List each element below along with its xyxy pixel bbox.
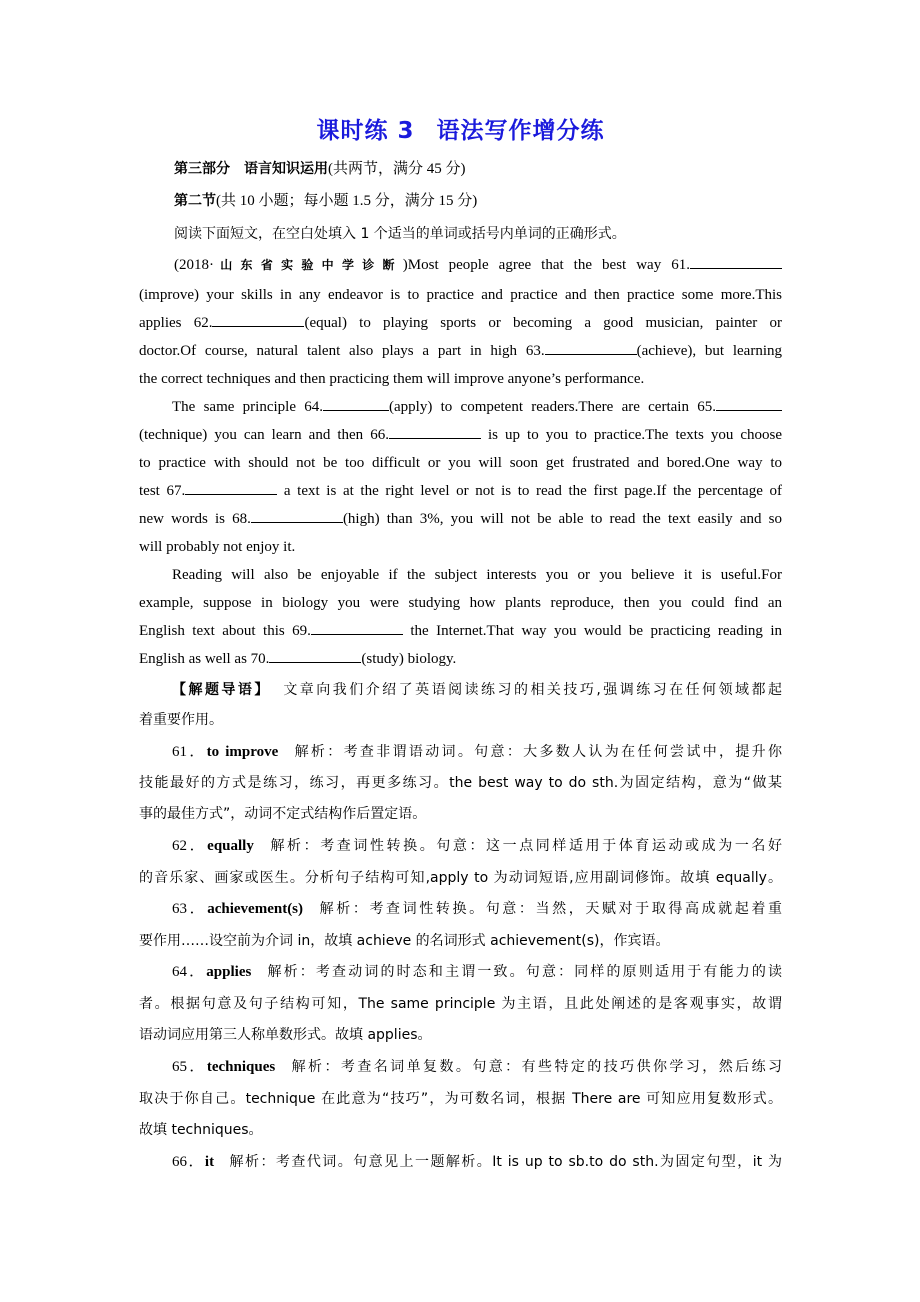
answer-66: 66．it解析：考查代词。句意见上一题解析。It is up to sb.to … [139,1148,782,1176]
answer-65: 65．techniques解析：考查名词单复数。句意：有些特定的技巧供你学习，然… [139,1053,782,1081]
answer-62-line-2: 的音乐家、画家或医生。分析句子结构可知,apply to 为动词短语,应用副词修… [139,864,782,892]
passage-line-10: new words is 68.(high) than 3%, you will… [139,505,782,533]
answer-64: 64．applies解析：考查动词的时态和主谓一致。句意：同样的原则适用于有能力… [139,958,782,986]
passage-line-8: to practice with should not be too diffi… [139,449,782,477]
answer-word: techniques [207,1059,275,1075]
passage-text: Most people agree that the best way 61. [408,257,690,273]
answer-61-line-2: 技能最好的方式是练习，练习，再更多练习。the best way to do s… [139,769,782,797]
guide-text: 文章向我们介绍了英语阅读练习的相关技巧,强调练习在任何领域都起 [281,682,782,698]
page-title: 课时练 3语法写作增分练 [139,112,782,145]
passage-text: doctor.Of course, natural talent also pl… [139,343,545,359]
answer-number: 66． [172,1154,205,1170]
passage-line-7: (technique) you can learn and then 66. i… [139,421,782,449]
passage-line-15: English as well as 70.(study) biology. [139,645,782,673]
passage-text: English as well as 70. [139,651,269,667]
answer-explanation: 解析：考查词性转换。句意：这一点同样适用于体育运动或成为一名好 [268,838,782,854]
passage-text: (high) than 3%, you will not be able to … [343,511,782,527]
answer-65-line-3: 故填 techniques。 [139,1116,782,1144]
instruction: 阅读下面短文，在空白处填入 1 个适当的单词或括号内单词的正确形式。 [174,220,817,248]
passage-line-6: The same principle 64.(apply) to compete… [139,393,782,421]
subsection-label: 第二节 [174,193,216,209]
title-topic: 语法写作增分练 [437,118,605,144]
passage-text: (achieve), but learning [637,343,782,359]
passage-text: English text about this 69. [139,623,311,639]
answer-number: 64． [172,964,206,980]
passage-line-3: applies 62.(equal) to playing sports or … [139,309,782,337]
passage-line-11: will probably not enjoy it. [139,533,782,561]
guide-line-2: 着重要作用。 [139,706,782,734]
answer-word: it [205,1154,214,1170]
blank-63[interactable] [545,340,637,355]
blank-62[interactable] [212,312,304,327]
passage-text: the Internet.That way you would be pract… [403,623,782,639]
passage-text: a text is at the right level or not is t… [277,483,782,499]
answer-word: achievement(s) [207,901,303,917]
blank-70[interactable] [269,648,361,663]
passage-line-5: the correct techniques and then practici… [139,365,782,393]
answer-explanation: 解析：考查名词单复数。句意：有些特定的技巧供你学习，然后练习 [289,1059,782,1075]
passage-text: The same principle 64. [172,399,323,415]
blank-67[interactable] [185,480,277,495]
title-lesson: 课时练 3 [316,118,414,144]
passage-line-12: Reading will also be enjoyable if the su… [139,561,782,589]
section-heading: 第三部分 语言知识运用(共两节，满分 45 分) [174,155,817,183]
source-label: 山东省实验中学诊断 [214,258,403,272]
passage-text: new words is 68. [139,511,251,527]
answer-word: to improve [207,744,279,760]
answer-explanation: 解析：考查代词。句意见上一题解析。It is up to sb.to do st… [228,1154,782,1170]
passage-text: test 67. [139,483,185,499]
source-open: (2018· [174,257,214,273]
answer-explanation: 解析：考查非谓语动词。句意：大多数人认为在任何尝试中，提升你 [292,744,782,760]
answer-word: equally [207,838,254,854]
passage-line-4: doctor.Of course, natural talent also pl… [139,337,782,365]
blank-68[interactable] [251,508,343,523]
answer-word: applies [206,964,251,980]
blank-69[interactable] [311,620,403,635]
passage-text: (equal) to playing sports or becoming a … [304,315,782,331]
passage-line-1: (2018·山东省实验中学诊断)Most people agree that t… [139,251,782,279]
guide-label: 【解题导语】 [172,682,271,698]
answer-63: 63．achievement(s)解析：考查词性转换。句意：当然，天赋对于取得高… [139,895,782,923]
subsection-note: (共 10 小题；每小题 1.5 分，满分 15 分) [216,193,477,209]
answer-63-line-2: 要作用……设空前为介词 in，故填 achieve 的名词形式 achievem… [139,927,782,955]
answer-number: 63． [172,901,207,917]
passage-text: (technique) you can learn and then 66. [139,427,389,443]
passage-line-2: (improve) your skills in any endeavor is… [139,281,782,309]
answer-61-line-3: 事的最佳方式”，动词不定式结构作后置定语。 [139,800,782,828]
passage-text: (apply) to competent readers.There are c… [389,399,716,415]
passage-text: (study) biology. [361,651,456,667]
answer-65-line-2: 取决于你自己。technique 在此意为“技巧”，为可数名词，根据 There… [139,1085,782,1113]
section-label: 第三部分 语言知识运用 [174,161,328,177]
blank-61[interactable] [690,254,782,269]
guide-line-1: 【解题导语】文章向我们介绍了英语阅读练习的相关技巧,强调练习在任何领域都起 [139,676,782,704]
answer-62: 62．equally解析：考查词性转换。句意：这一点同样适用于体育运动或成为一名… [139,832,782,860]
answer-number: 61． [172,744,207,760]
passage-text: applies 62. [139,315,212,331]
answer-64-line-2: 者。根据句意及句子结构可知，The same principle 为主语，且此处… [139,990,782,1018]
passage-line-14: English text about this 69. the Internet… [139,617,782,645]
blank-64[interactable] [323,396,389,411]
passage-text: is up to you to practice.The texts you c… [481,427,782,443]
answer-number: 65． [172,1059,207,1075]
blank-66[interactable] [389,424,481,439]
answer-explanation: 解析：考查动词的时态和主谓一致。句意：同样的原则适用于有能力的读 [265,964,782,980]
answer-61: 61．to improve解析：考查非谓语动词。句意：大多数人认为在任何尝试中，… [139,738,782,766]
answer-explanation: 解析：考查词性转换。句意：当然，天赋对于取得高成就起着重 [317,901,782,917]
passage-line-9: test 67. a text is at the right level or… [139,477,782,505]
blank-65[interactable] [716,396,782,411]
passage-line-13: example, suppose in biology you were stu… [139,589,782,617]
subsection-heading: 第二节(共 10 小题；每小题 1.5 分，满分 15 分) [174,187,817,215]
answer-number: 62． [172,838,207,854]
section-note: (共两节，满分 45 分) [328,161,466,177]
answer-64-line-3: 语动词应用第三人称单数形式。故填 applies。 [139,1021,782,1049]
